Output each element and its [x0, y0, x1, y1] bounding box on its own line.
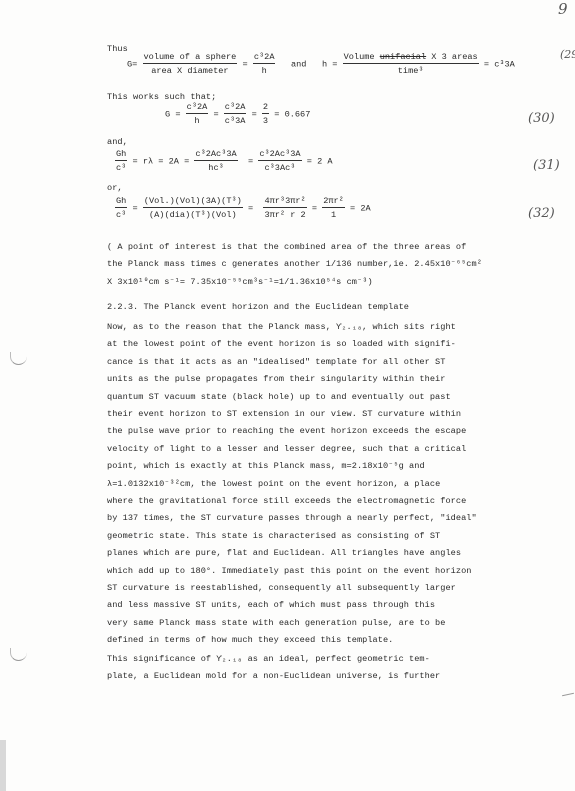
lead-text: and,	[107, 137, 128, 147]
text-line: Now, as to the reason that the Planck ma…	[107, 322, 456, 332]
text-line: point, which is exactly at this Planck m…	[107, 461, 425, 471]
text-line: which add up to 180°. Immediately past t…	[107, 566, 472, 576]
text-line: their event horizon to ST extension in o…	[107, 409, 461, 419]
struck-word: unifacial	[380, 52, 426, 62]
note-line: the Planck mass times c generates anothe…	[107, 259, 482, 269]
lead-text: or,	[107, 183, 123, 193]
text-line: λ=1.0132x10⁻³²cm, the lowest point on th…	[107, 479, 440, 489]
text-line: ST curvature is reestablished, consequen…	[107, 583, 456, 593]
text-line: geometric state. This state is character…	[107, 531, 440, 541]
equation-30: G = c³2Ah = c³2Ac³3A = 23 = 0.667	[165, 102, 310, 126]
text-line: where the gravitational force still exce…	[107, 496, 466, 506]
text-line: velocity of light to a lesser and lesser…	[107, 444, 466, 454]
lead-text: This works such that;	[107, 92, 216, 102]
note-line: ( A point of interest is that the combin…	[107, 242, 466, 252]
text-line: by 137 times, the ST curvature passes th…	[107, 513, 477, 523]
text-line: cance is that it acts as an "idealised" …	[107, 357, 445, 367]
equation-31: Ghc³ = rλ = 2A = c³2Ac³3Ahc³ = c³2Ac³3Ac…	[115, 149, 333, 173]
binder-hole-mark	[10, 352, 27, 365]
text-line: This significance of ϒ₂.₁₈ as an ideal, …	[107, 654, 430, 664]
equation-number-31: (31)	[533, 158, 560, 173]
margin-mark	[562, 693, 574, 696]
text-line: and less massive ST units, each of which…	[107, 600, 435, 610]
text-line: units as the pulse propagates from their…	[107, 374, 445, 384]
text-line: planes which are pure, flat and Euclidea…	[107, 548, 461, 558]
page-edge-shadow	[0, 740, 6, 791]
text-line: plate, a Euclidean mold for a non-Euclid…	[107, 671, 440, 681]
text-line: defined in terms of how much they exceed…	[107, 635, 393, 645]
equation-32: Ghc³ = (Vol.)(Vol)(3A)(T³)(A)(dia)(T³)(V…	[115, 196, 371, 220]
fraction: volume of a sphere area X diameter	[143, 52, 238, 76]
equation-number-29: (29)	[560, 48, 575, 61]
equation-number-30: (30)	[528, 111, 555, 126]
thus-label: Thus	[107, 44, 128, 54]
note-line: X 3x10¹⁰cm s⁻¹= 7.35x10⁻⁵⁵cm³s⁻¹=1/1.36x…	[107, 277, 373, 287]
section-heading: 2.2.3. The Planck event horizon and the …	[107, 302, 409, 312]
text-line: the pulse wave prior to reaching the eve…	[107, 426, 466, 436]
equation-29: G= volume of a sphere area X diameter = …	[127, 52, 515, 76]
text-line: at the lowest point of the event horizon…	[107, 339, 456, 349]
binder-hole-mark	[10, 648, 27, 661]
page-number: 9	[558, 0, 568, 18]
text-line: very same Planck mass state with each ge…	[107, 618, 445, 628]
text-line: quantum ST vacuum state (black hole) up …	[107, 392, 451, 402]
equation-number-32: (32)	[528, 206, 555, 221]
